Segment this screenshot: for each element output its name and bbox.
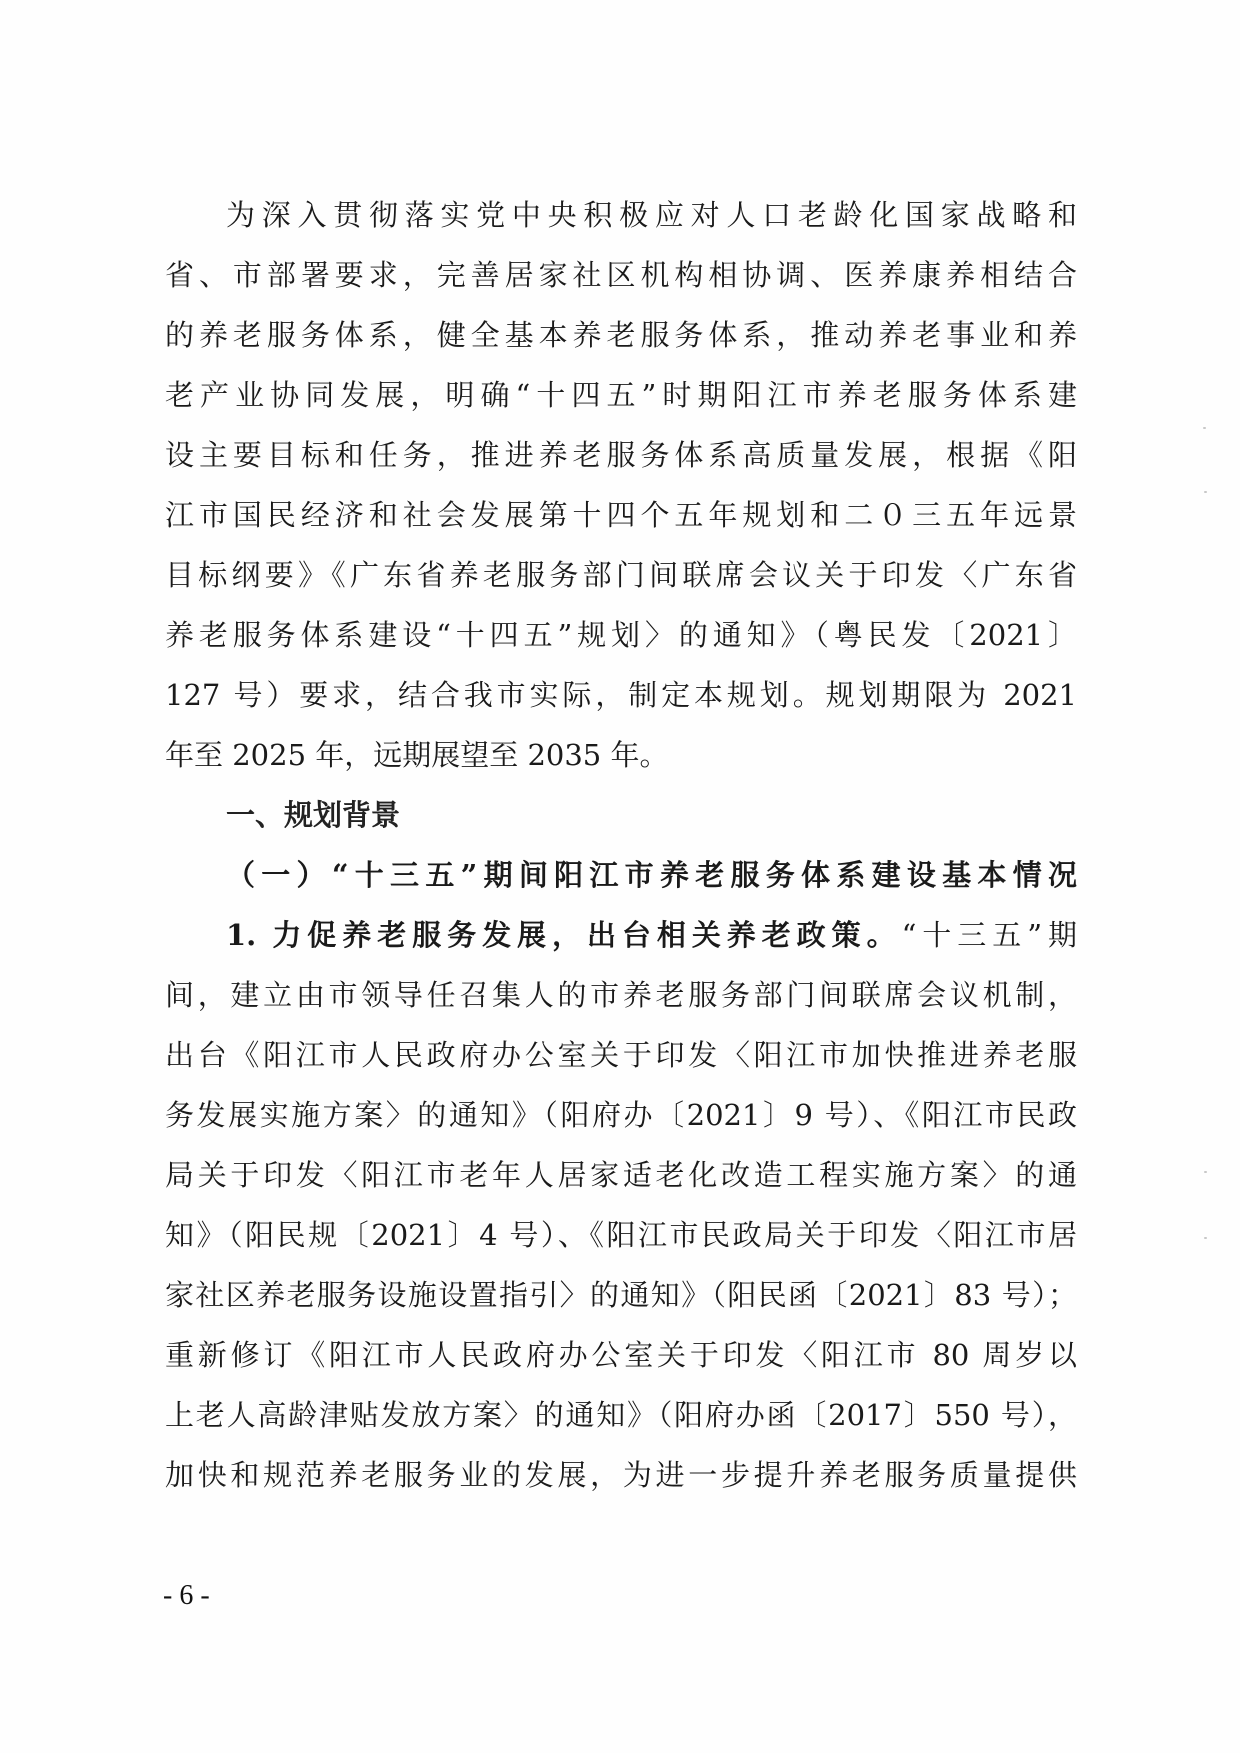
paragraph-line: 局关于印发〈阳江市老年人居家适老化改造工程实施方案〉的通 <box>165 1145 1077 1205</box>
document-page: 为深入贯彻落实党中央积极应对人口老龄化国家战略和 省、市部署要求，完善居家社区机… <box>0 0 1240 1753</box>
paragraph-line: 家社区养老服务设施设置指引〉的通知》（阳民函〔2021〕83 号）； <box>165 1265 1077 1325</box>
paragraph-line: 江市国民经济和社会发展第十四个五年规划和二０三五年远景 <box>165 485 1077 545</box>
paragraph-line: 设主要目标和任务，推进养老服务体系高质量发展，根据《阳 <box>165 425 1077 485</box>
paragraph-line: 目标纲要》《广东省养老服务部门间联席会议关于印发〈广东省 <box>165 545 1077 605</box>
subsection-heading: （一）“十三五”期间阳江市养老服务体系建设基本情况 <box>226 845 1077 905</box>
paragraph-line: 为深入贯彻落实党中央积极应对人口老龄化国家战略和 <box>226 185 1077 245</box>
paragraph-line: 务发展实施方案〉的通知》（阳府办〔2021〕9 号）、《阳江市民政 <box>165 1085 1077 1145</box>
scan-speck <box>1203 427 1206 429</box>
item-1-lead: 1. 力促养老服务发展，出台相关养老政策。 <box>226 918 902 952</box>
paragraph-line: 省、市部署要求，完善居家社区机构相协调、医养康养相结合 <box>165 245 1077 305</box>
paragraph-line: 127 号）要求，结合我市实际，制定本规划。规划期限为 2021 <box>165 665 1077 725</box>
paragraph-line: 养老服务体系建设“十四五”规划〉的通知》（粤民发〔2021〕 <box>165 605 1077 665</box>
paragraph-line: 加快和规范养老服务业的发展，为进一步提升养老服务质量提供 <box>165 1445 1077 1505</box>
scan-speck <box>1204 491 1207 493</box>
paragraph-line: 上老人高龄津贴发放方案〉的通知》（阳府办函〔2017〕550 号）， <box>165 1385 1077 1445</box>
paragraph-line: 间，建立由市领导任召集人的市养老服务部门间联席会议机制， <box>165 965 1077 1025</box>
scan-speck <box>1204 1171 1207 1173</box>
scan-speck <box>1204 1237 1207 1239</box>
paragraph-line: 重新修订《阳江市人民政府办公室关于印发〈阳江市 80 周岁以 <box>165 1325 1077 1385</box>
paragraph-line: 的养老服务体系，健全基本养老服务体系，推动养老事业和养 <box>165 305 1077 365</box>
item-1-lead-rest: “十三五”期 <box>902 918 1077 952</box>
paragraph-line: 老产业协同发展，明确“十四五”时期阳江市养老服务体系建 <box>165 365 1077 425</box>
paragraph-line: 出台《阳江市人民政府办公室关于印发〈阳江市加快推进养老服 <box>165 1025 1077 1085</box>
paragraph-line: 知》（阳民规〔2021〕4 号）、《阳江市民政局关于印发〈阳江市居 <box>165 1205 1077 1265</box>
paragraph-line: 年至 2025 年，远期展望至 2035 年。 <box>165 725 1077 785</box>
item-1-first-line: 1. 力促养老服务发展，出台相关养老政策。“十三五”期 <box>226 905 1077 965</box>
page-number: - 6 - <box>163 1576 210 1616</box>
section-heading: 一、规划背景 <box>226 785 400 845</box>
